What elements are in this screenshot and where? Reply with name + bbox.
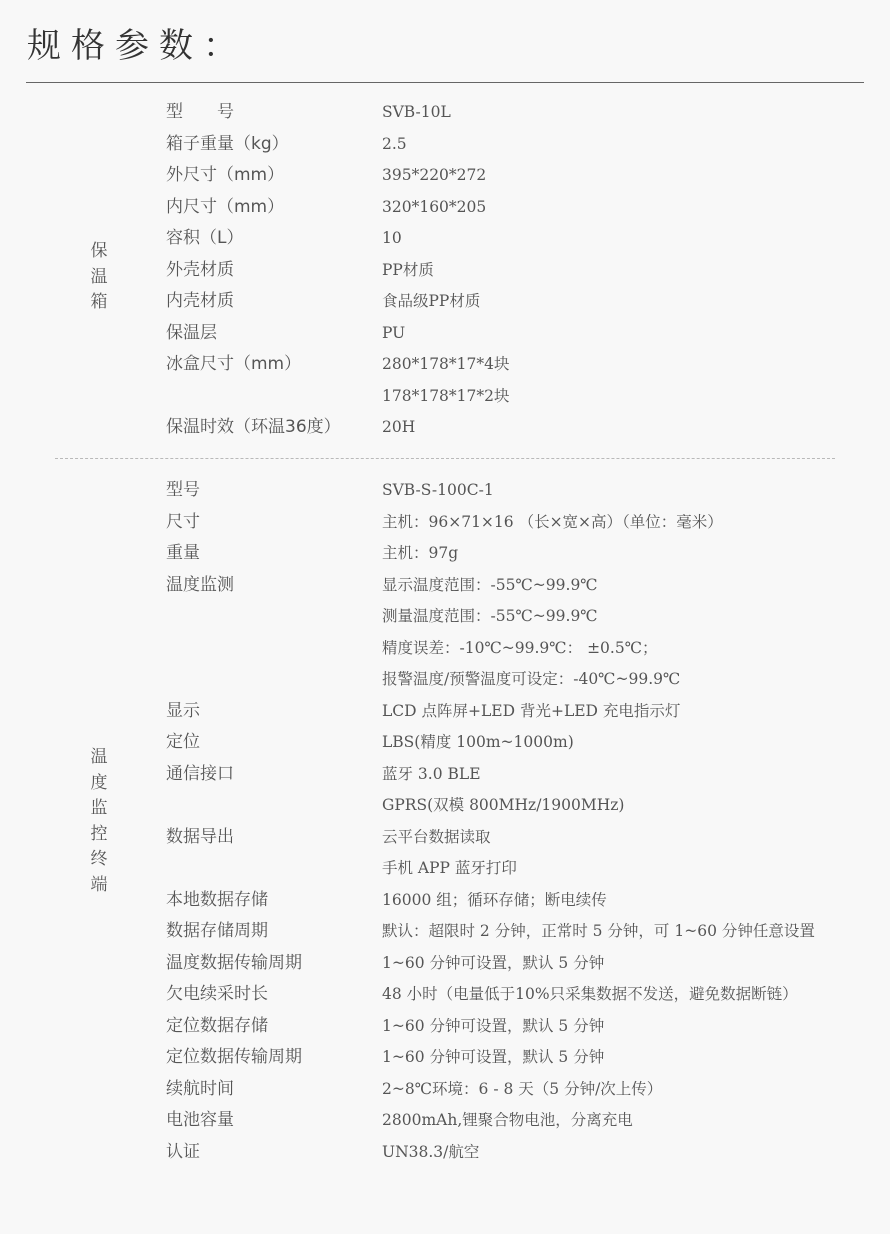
spec-key: 外尺寸（mm） — [166, 160, 284, 192]
spec-value: 178*178*17*2块 — [382, 381, 510, 413]
spec-value: 默认：超限时 2 分钟，正常时 5 分钟，可 1~60 分钟任意设置 — [382, 916, 815, 948]
spec-value: PP材质 — [382, 255, 434, 287]
spec-row: 定位数据存储1~60 分钟可设置，默认 5 分钟 — [0, 1011, 890, 1043]
spec-value: SVB-10L — [382, 97, 451, 129]
spec-row: 容积（L）10 — [0, 223, 890, 255]
spec-row: 温度监测显示温度范围：-55℃~99.9℃ — [0, 570, 890, 602]
spec-value: 280*178*17*4块 — [382, 349, 510, 381]
spec-key: 重量 — [166, 538, 200, 570]
spec-value: 主机：97g — [382, 538, 458, 570]
spec-row: 外壳材质PP材质 — [0, 255, 890, 287]
spec-row: 本地数据存储16000 组；循环存储；断电续传 — [0, 885, 890, 917]
spec-row: 通信接口蓝牙 3.0 BLE — [0, 759, 890, 791]
section-divider — [55, 458, 835, 459]
spec-value: 食品级PP材质 — [382, 286, 480, 318]
spec-value: LCD 点阵屏+LED 背光+LED 充电指示灯 — [382, 696, 680, 728]
spec-row: 内尺寸（mm）320*160*205 — [0, 192, 890, 224]
spec-value: SVB-S-100C-1 — [382, 475, 494, 507]
spec-row: 型 号SVB-10L — [0, 97, 890, 129]
spec-key: 温度数据传输周期 — [166, 948, 302, 980]
spec-key: 认证 — [166, 1137, 200, 1169]
spec-row: GPRS(双模 800MHz/1900MHz) — [0, 790, 890, 822]
spec-key: 箱子重量（kg） — [166, 129, 289, 161]
spec-key: 定位 — [166, 727, 200, 759]
spec-row: 数据存储周期默认：超限时 2 分钟，正常时 5 分钟，可 1~60 分钟任意设置 — [0, 916, 890, 948]
spec-key: 保温层 — [166, 318, 217, 350]
spec-row: 内壳材质食品级PP材质 — [0, 286, 890, 318]
spec-value: 显示温度范围：-55℃~99.9℃ — [382, 570, 598, 602]
spec-row: 报警温度/预警温度可设定：-40℃~99.9℃ — [0, 664, 890, 696]
spec-row: 续航时间2~8℃环境：6 - 8 天（5 分钟/次上传） — [0, 1074, 890, 1106]
spec-key: 型号 — [166, 475, 200, 507]
spec-key: 外壳材质 — [166, 255, 234, 287]
spec-value: 精度误差：-10℃~99.9℃： ±0.5℃； — [382, 633, 658, 665]
spec-key: 数据存储周期 — [166, 916, 268, 948]
spec-key: 尺寸 — [166, 507, 200, 539]
spec-key: 欠电续采时长 — [166, 979, 268, 1011]
spec-row: 178*178*17*2块 — [0, 381, 890, 413]
spec-key: 显示 — [166, 696, 200, 728]
spec-value: PU — [382, 318, 405, 350]
spec-value: 2800mAh,锂聚合物电池，分离充电 — [382, 1105, 633, 1137]
spec-row: 重量主机：97g — [0, 538, 890, 570]
spec-key: 定位数据传输周期 — [166, 1042, 302, 1074]
spec-value: 1~60 分钟可设置，默认 5 分钟 — [382, 1042, 604, 1074]
spec-key: 保温时效（环温36度） — [166, 412, 341, 444]
spec-key: 通信接口 — [166, 759, 234, 791]
spec-value: 20H — [382, 412, 415, 444]
spec-value: 手机 APP 蓝牙打印 — [382, 853, 517, 885]
spec-key: 定位数据存储 — [166, 1011, 268, 1043]
spec-row: 认证UN38.3/航空 — [0, 1137, 890, 1169]
spec-key: 温度监测 — [166, 570, 234, 602]
spec-key: 续航时间 — [166, 1074, 234, 1106]
page-title: 规格参数： — [27, 22, 247, 70]
spec-value: 2~8℃环境：6 - 8 天（5 分钟/次上传） — [382, 1074, 662, 1106]
spec-value: 报警温度/预警温度可设定：-40℃~99.9℃ — [382, 664, 680, 696]
spec-row: 定位LBS(精度 100m~1000m) — [0, 727, 890, 759]
spec-row: 温度数据传输周期1~60 分钟可设置，默认 5 分钟 — [0, 948, 890, 980]
spec-key: 本地数据存储 — [166, 885, 268, 917]
spec-value: 主机：96×71×16 （长×宽×高）（单位：毫米） — [382, 507, 723, 539]
spec-row: 型号SVB-S-100C-1 — [0, 475, 890, 507]
spec-value: 1~60 分钟可设置，默认 5 分钟 — [382, 948, 604, 980]
spec-row: 显示LCD 点阵屏+LED 背光+LED 充电指示灯 — [0, 696, 890, 728]
spec-value: 395*220*272 — [382, 160, 486, 192]
spec-row: 欠电续采时长48 小时（电量低于10%只采集数据不发送，避免数据断链） — [0, 979, 890, 1011]
spec-row: 测量温度范围：-55℃~99.9℃ — [0, 601, 890, 633]
spec-value: 320*160*205 — [382, 192, 486, 224]
spec-row: 箱子重量（kg）2.5 — [0, 129, 890, 161]
spec-value: 48 小时（电量低于10%只采集数据不发送，避免数据断链） — [382, 979, 798, 1011]
spec-key: 数据导出 — [166, 822, 234, 854]
spec-value: 1~60 分钟可设置，默认 5 分钟 — [382, 1011, 604, 1043]
spec-row: 数据导出云平台数据读取 — [0, 822, 890, 854]
spec-key: 型 号 — [166, 97, 234, 129]
spec-key: 电池容量 — [166, 1105, 234, 1137]
spec-value: 测量温度范围：-55℃~99.9℃ — [382, 601, 598, 633]
spec-row: 保温层PU — [0, 318, 890, 350]
spec-row: 精度误差：-10℃~99.9℃： ±0.5℃； — [0, 633, 890, 665]
spec-row: 手机 APP 蓝牙打印 — [0, 853, 890, 885]
spec-value: LBS(精度 100m~1000m) — [382, 727, 574, 759]
spec-value: 10 — [382, 223, 402, 255]
spec-value: UN38.3/航空 — [382, 1137, 479, 1169]
spec-row: 尺寸主机：96×71×16 （长×宽×高）（单位：毫米） — [0, 507, 890, 539]
title-divider — [26, 82, 864, 83]
spec-row: 冰盒尺寸（mm）280*178*17*4块 — [0, 349, 890, 381]
spec-row: 外尺寸（mm）395*220*272 — [0, 160, 890, 192]
spec-key: 容积（L） — [166, 223, 243, 255]
spec-key: 冰盒尺寸（mm） — [166, 349, 301, 381]
spec-value: 16000 组；循环存储；断电续传 — [382, 885, 607, 917]
spec-row: 保温时效（环温36度）20H — [0, 412, 890, 444]
spec-key: 内壳材质 — [166, 286, 234, 318]
spec-row: 定位数据传输周期1~60 分钟可设置，默认 5 分钟 — [0, 1042, 890, 1074]
spec-row: 电池容量2800mAh,锂聚合物电池，分离充电 — [0, 1105, 890, 1137]
spec-key: 内尺寸（mm） — [166, 192, 284, 224]
spec-value: 云平台数据读取 — [382, 822, 491, 854]
spec-value: 2.5 — [382, 129, 407, 161]
spec-value: 蓝牙 3.0 BLE — [382, 759, 481, 791]
spec-value: GPRS(双模 800MHz/1900MHz) — [382, 790, 624, 822]
